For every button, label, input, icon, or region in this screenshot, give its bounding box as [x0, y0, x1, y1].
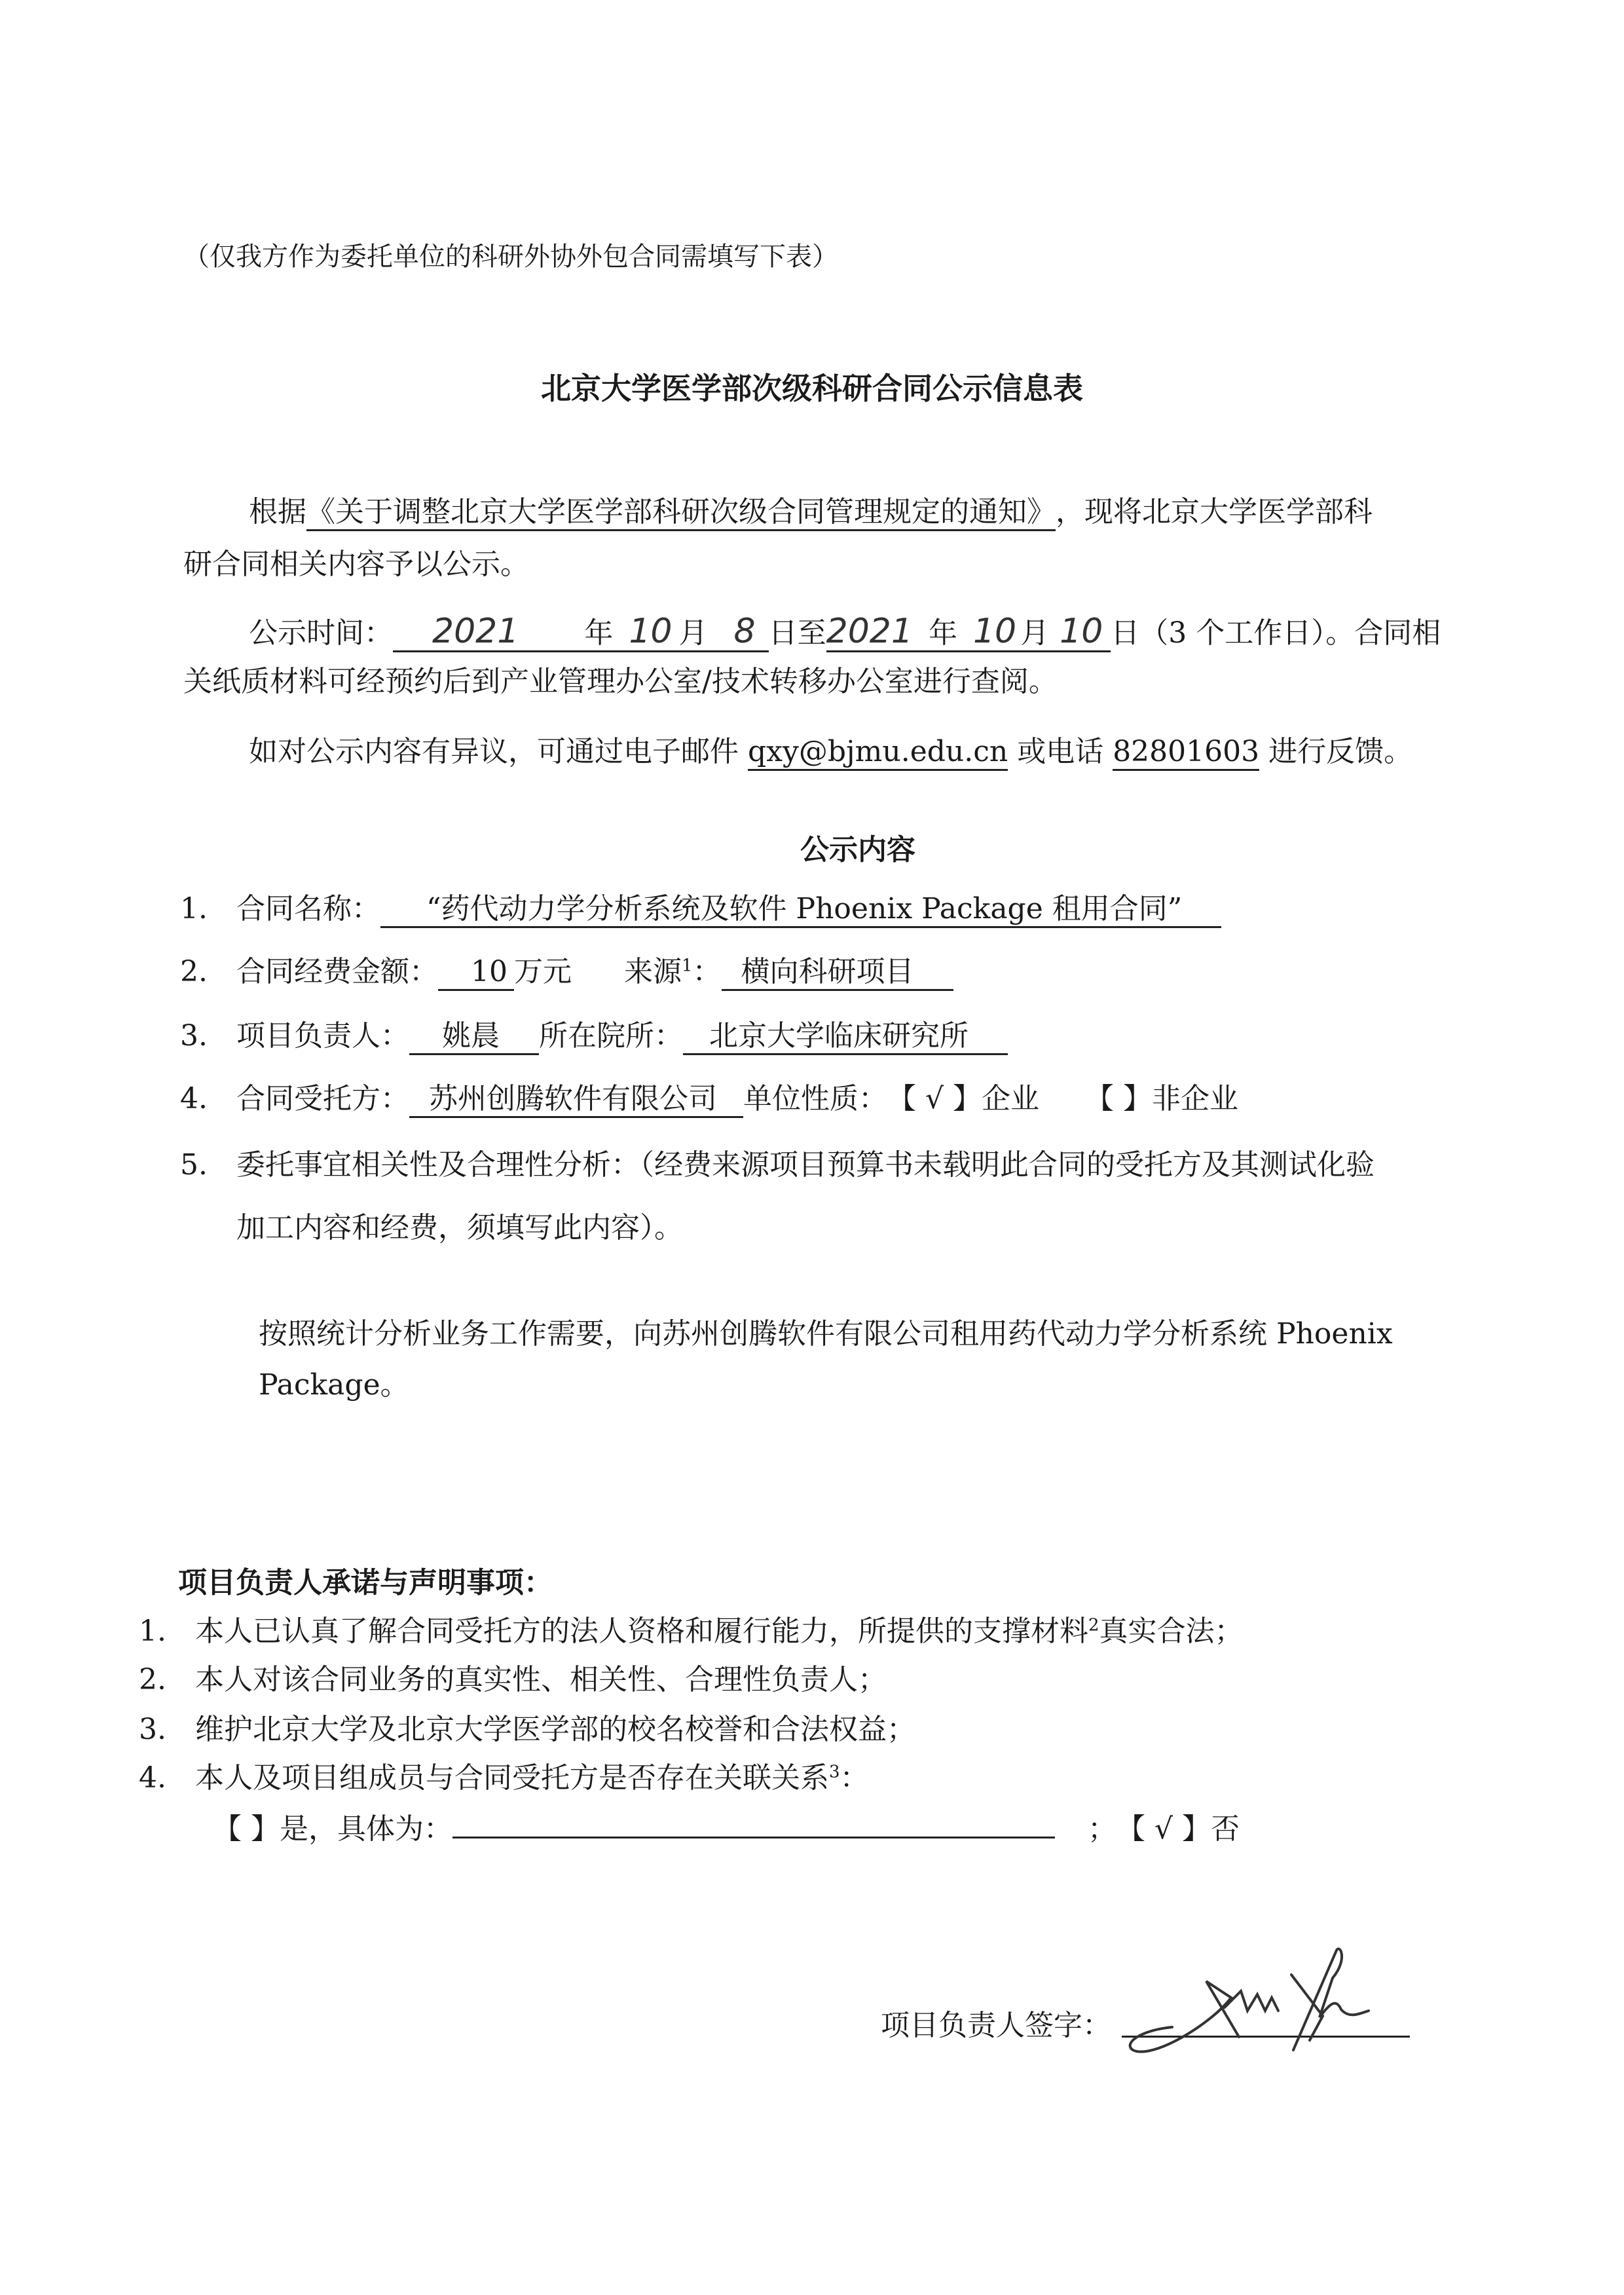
email-link[interactable]: qxy@bjmu.edu.cn: [748, 735, 1008, 771]
item-contract-name: 1.合同名称：“药代动力学分析系统及软件 Phoenix Package 租用合…: [180, 889, 1221, 929]
item-label: 委托事宜相关性及合理性分析：: [236, 1148, 640, 1182]
item-contractor: 4.合同受托方：苏州创腾软件有限公司单位性质：【 √ 】企业【 】非企业: [180, 1079, 1238, 1119]
analysis-hint-line-2: 加工内容和经费，须填写此内容）。: [236, 1208, 683, 1248]
amount-unit: 万元: [514, 955, 572, 988]
start-day: 8: [708, 612, 769, 651]
pledge-item: 4.本人及项目组成员与合同受托方是否存在关联关系3：: [139, 1759, 869, 1798]
phone-link[interactable]: 82801603: [1113, 735, 1259, 771]
year-char: 年: [929, 616, 957, 650]
end-day: 10: [1049, 612, 1111, 651]
source-colon: ：: [693, 955, 722, 988]
pledge-number: 1.: [139, 1612, 195, 1651]
footnote-marker: 1: [682, 956, 693, 975]
start-date-field[interactable]: 2021年10月8: [393, 614, 769, 652]
pledge-text-end: ：: [840, 1761, 869, 1795]
page-title: 北京大学医学部次级科研合同公示信息表: [0, 369, 1624, 408]
item-number: 2.: [180, 952, 236, 992]
pledge-text: 本人已认真了解合同受托方的法人资格和履行能力，所提供的支撑材料: [195, 1614, 1088, 1648]
relation-detail-field[interactable]: [452, 1837, 1055, 1838]
intro-suffix: ，现将北京大学医学部科: [1056, 495, 1373, 529]
institute-label: 所在院所：: [539, 1019, 683, 1053]
source-value[interactable]: 横向科研项目: [722, 955, 953, 991]
pledge-text-end: 真实合法；: [1099, 1614, 1244, 1648]
checkbox-non-enterprise[interactable]: 【 】: [1085, 1079, 1152, 1119]
footnote-marker: 2: [1088, 1615, 1099, 1635]
pledge-item: 3.维护北京大学及北京大学医学部的校名校誉和合法权益；: [139, 1710, 915, 1749]
item-label: 合同受托方：: [236, 1082, 409, 1115]
analysis-hint: （经费来源项目预算书未载明此合同的受托方及其测试化验: [640, 1148, 1375, 1182]
to-char: 至: [798, 616, 826, 650]
checkbox-yes[interactable]: 【 】: [213, 1810, 280, 1849]
period-note: （3 个工作日）。合同相: [1139, 616, 1441, 650]
yes-label: 是，具体为：: [280, 1812, 452, 1846]
start-year: 2021: [432, 612, 519, 651]
feedback-prefix: 如对公示内容有异议，可通过电子邮件: [249, 735, 748, 768]
pledge-text: 维护北京大学及北京大学医学部的校名校誉和合法权益；: [195, 1713, 915, 1746]
item-number: 5.: [180, 1146, 236, 1185]
item-number: 4.: [180, 1079, 236, 1119]
end-date-field[interactable]: 2021年10月10: [826, 614, 1111, 652]
footnote-marker: 3: [829, 1762, 840, 1782]
checkbox-enterprise[interactable]: 【 √ 】: [887, 1079, 982, 1119]
institute-value[interactable]: 北京大学临床研究所: [683, 1019, 1008, 1055]
intro-line-1: 根据《关于调整北京大学医学部科研次级合同管理规定的通知》，现将北京大学医学部科: [249, 493, 1373, 532]
notice-link[interactable]: 《关于调整北京大学医学部科研次级合同管理规定的通知》: [306, 495, 1056, 531]
item-label: 合同名称：: [236, 892, 380, 925]
nature-label: 单位性质：: [743, 1082, 887, 1115]
source-label: 来源: [624, 955, 682, 988]
pledge-text: 本人及项目组成员与合同受托方是否存在关联关系: [195, 1761, 829, 1795]
year-char: 年: [584, 616, 613, 650]
analysis-text-line-1: 按照统计分析业务工作需要，向苏州创腾软件有限公司租用药代动力学分析系统 Phoe…: [259, 1315, 1393, 1354]
feedback-line: 如对公示内容有异议，可通过电子邮件 qxy@bjmu.edu.cn 或电话 82…: [249, 732, 1412, 772]
feedback-suffix: 进行反馈。: [1259, 735, 1412, 768]
section-title: 公示内容: [0, 830, 1624, 870]
day-char: 日: [769, 616, 798, 650]
non-enterprise-label: 非企业: [1152, 1082, 1238, 1115]
pledge-item: 2.本人对该合同业务的真实性、相关性、合理性负责人；: [139, 1660, 887, 1700]
pledge-item: 1.本人已认真了解合同受托方的法人资格和履行能力，所提供的支撑材料2真实合法；: [139, 1612, 1244, 1651]
header-note: （仅我方作为委托单位的科研外协外包合同需填写下表）: [183, 238, 838, 275]
contract-name-value[interactable]: “药代动力学分析系统及软件 Phoenix Package 租用合同”: [380, 892, 1221, 928]
pledge-number: 2.: [139, 1660, 195, 1700]
handwritten-signature: [1061, 1945, 1401, 2057]
item-leader: 3.项目负责人：姚晨所在院所：北京大学临床研究所: [180, 1017, 1008, 1056]
month-char: 月: [679, 616, 708, 650]
checkbox-no[interactable]: 【 √ 】: [1116, 1810, 1211, 1849]
pledge-heading: 项目负责人承诺与声明事项：: [178, 1563, 553, 1603]
start-month: 10: [613, 612, 678, 651]
separator: ；: [1088, 1812, 1116, 1846]
publicity-period-line: 公示时间：2021年10月8日至2021年10月10日（3 个工作日）。合同相: [249, 614, 1441, 653]
day-char: 日: [1111, 616, 1139, 650]
item-amount: 2.合同经费金额：10万元来源1：横向科研项目: [180, 952, 953, 992]
relation-row: 【 】是，具体为：；【 √ 】否: [213, 1810, 1240, 1849]
intro-prefix: 根据: [249, 495, 306, 529]
pledge-text: 本人对该合同业务的真实性、相关性、合理性负责人；: [195, 1663, 887, 1696]
item-analysis: 5.委托事宜相关性及合理性分析：（经费来源项目预算书未载明此合同的受托方及其测试…: [180, 1146, 1375, 1185]
analysis-text-line-2: Package。: [259, 1366, 409, 1405]
item-label: 项目负责人：: [236, 1019, 409, 1053]
leader-value[interactable]: 姚晨: [409, 1019, 539, 1055]
month-char: 月: [1020, 616, 1049, 650]
no-label: 否: [1211, 1812, 1240, 1846]
feedback-middle: 或电话: [1008, 735, 1113, 768]
item-number: 3.: [180, 1017, 236, 1056]
item-number: 1.: [180, 889, 236, 929]
end-year: 2021: [826, 612, 929, 651]
item-label: 合同经费金额：: [236, 955, 438, 988]
pledge-number: 3.: [139, 1710, 195, 1749]
period-label: 公示时间：: [249, 616, 393, 650]
pledge-number: 4.: [139, 1759, 195, 1798]
intro-line-2: 研合同相关内容予以公示。: [183, 545, 529, 584]
contractor-value[interactable]: 苏州创腾软件有限公司: [409, 1082, 743, 1118]
period-line-2: 关纸质材料可经预约后到产业管理办公室/技术转移办公室进行查阅。: [183, 662, 1058, 701]
amount-value[interactable]: 10: [438, 955, 514, 991]
end-month: 10: [957, 612, 1020, 651]
enterprise-label: 企业: [982, 1082, 1039, 1115]
